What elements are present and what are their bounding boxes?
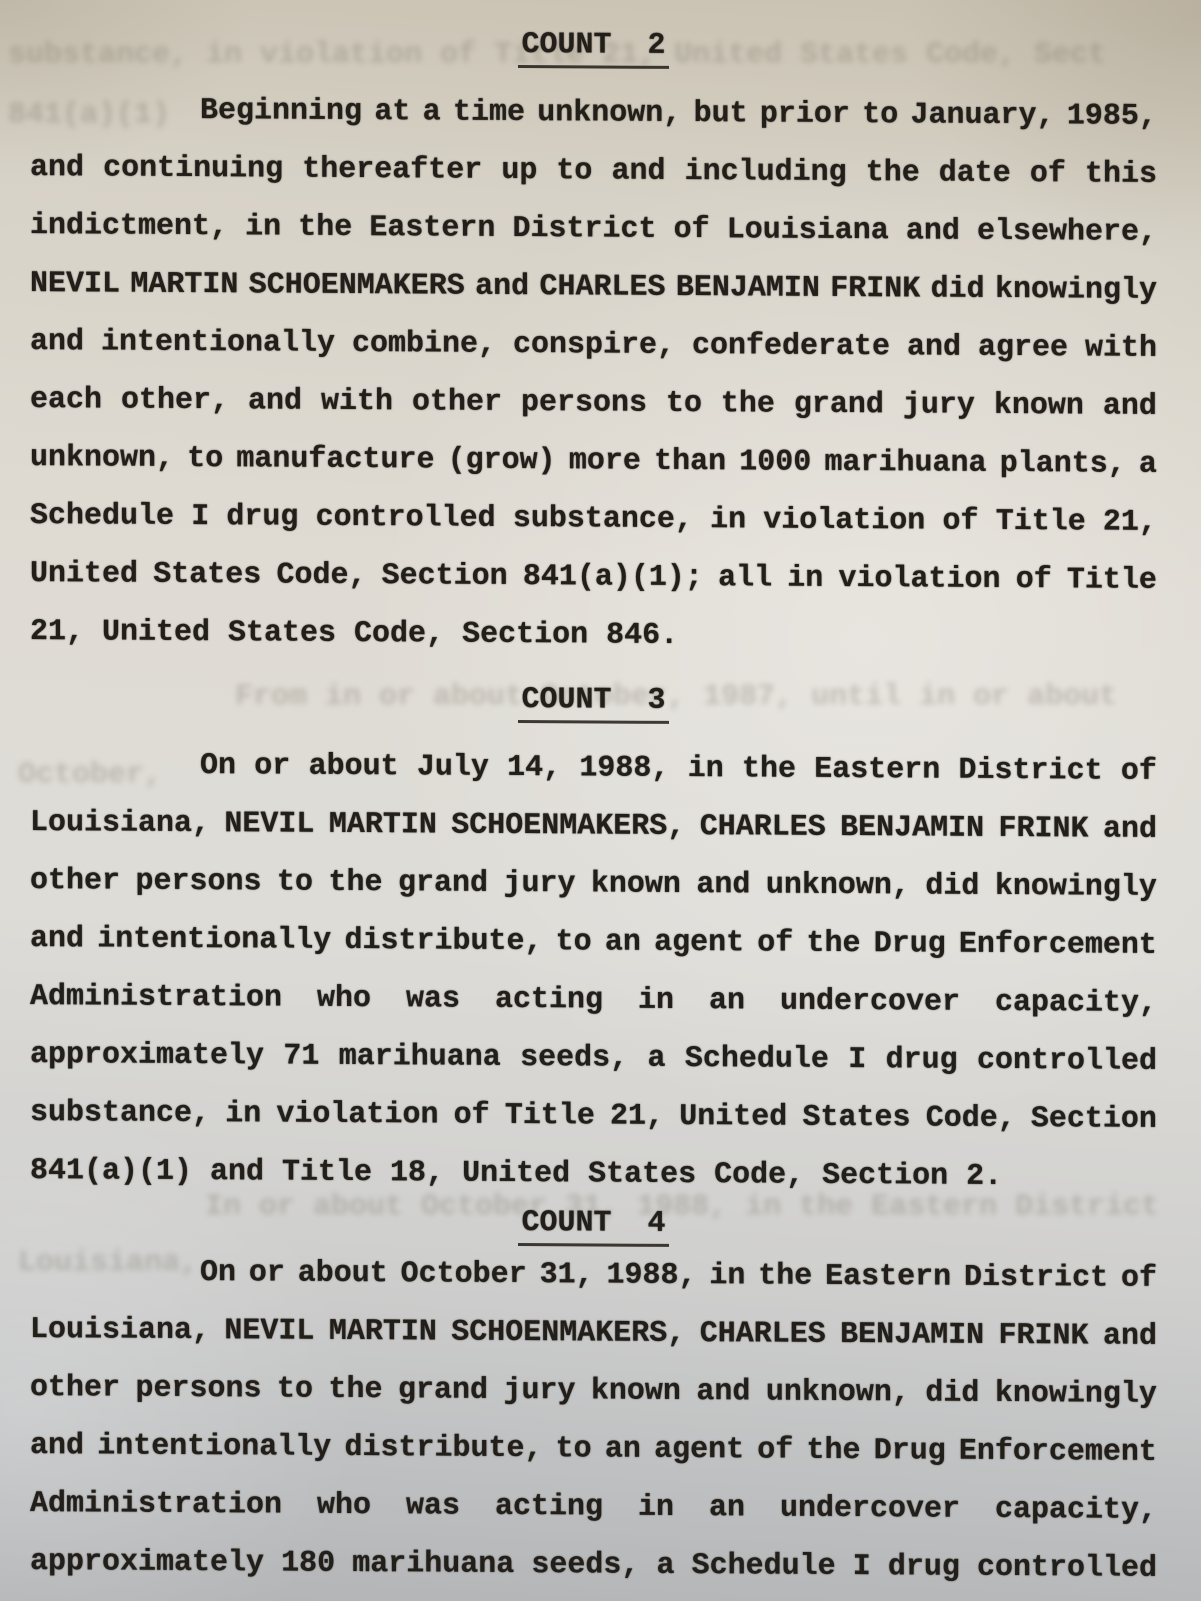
- count-section: COUNT 3OnoraboutJuly14,1988,intheEastern…: [30, 677, 1157, 1207]
- document-line: OnoraboutJuly14,1988,intheEasternDistric…: [30, 736, 1157, 801]
- document-line: ScheduleIdrugcontrolledsubstance,inviola…: [30, 487, 1157, 552]
- document-line: andintentionallydistribute,toanagentofth…: [30, 910, 1157, 975]
- document-line: NEVILMARTINSCHOENMAKERSandCHARLESBENJAMI…: [30, 255, 1157, 320]
- document-line: indictment,intheEasternDistrictofLouisia…: [30, 197, 1157, 262]
- document-line: Louisiana,NEVILMARTINSCHOENMAKERS,CHARLE…: [30, 1301, 1157, 1366]
- document-line: substance,inviolationofTitle21,UnitedSta…: [30, 1084, 1157, 1149]
- count-paragraph: Beginningatatimeunknown,butpriortoJanuar…: [30, 81, 1157, 668]
- document-line: approximately180marihuanaseeds,aSchedule…: [30, 1533, 1157, 1598]
- document-text: COUNT 2Beginningatatimeunknown,butpriort…: [30, 0, 1157, 1598]
- document-line: eachother,andwithotherpersonstothegrandj…: [30, 371, 1157, 436]
- document-line: andcontinuingthereafteruptoandincludingt…: [30, 139, 1157, 204]
- document-line: unknown,tomanufacture(grow)morethan1000m…: [30, 429, 1157, 494]
- count-section: COUNT 4OnoraboutOctober31,1988,intheEast…: [30, 1200, 1157, 1598]
- document-line: 841(a)(1) and Title 18, United States Co…: [30, 1142, 1157, 1207]
- count-heading: COUNT 4: [518, 1203, 668, 1247]
- count-paragraph: OnoraboutOctober31,1988,intheEasternDist…: [30, 1243, 1157, 1598]
- count-section: COUNT 2Beginningatatimeunknown,butpriort…: [30, 22, 1157, 668]
- document-line: Administrationwhowasactinginanundercover…: [30, 1475, 1157, 1540]
- document-line: approximately71marihuanaseeds,aScheduleI…: [30, 1026, 1157, 1091]
- count-heading: COUNT 3: [518, 680, 668, 724]
- count-paragraph: OnoraboutJuly14,1988,intheEasternDistric…: [30, 736, 1157, 1207]
- document-line: UnitedStatesCode,Section841(a)(1);allinv…: [30, 545, 1157, 610]
- document-photo: substance, in violation of Title 21, Uni…: [0, 0, 1201, 1601]
- document-line: andintentionallydistribute,toanagentofth…: [30, 1417, 1157, 1482]
- document-line: OnoraboutOctober31,1988,intheEasternDist…: [30, 1243, 1157, 1308]
- document-line: Beginningatatimeunknown,butpriortoJanuar…: [30, 81, 1157, 146]
- document-line: andintentionallycombine,conspire,confede…: [30, 313, 1157, 378]
- document-line: 21, United States Code, Section 846.: [30, 603, 1157, 668]
- document-line: Administrationwhowasactinginanundercover…: [30, 968, 1157, 1033]
- document-line: otherpersonstothegrandjuryknownandunknow…: [30, 1359, 1157, 1424]
- count-heading: COUNT 2: [518, 25, 668, 69]
- document-line: otherpersonstothegrandjuryknownandunknow…: [30, 852, 1157, 917]
- document-line: Louisiana,NEVILMARTINSCHOENMAKERS,CHARLE…: [30, 794, 1157, 859]
